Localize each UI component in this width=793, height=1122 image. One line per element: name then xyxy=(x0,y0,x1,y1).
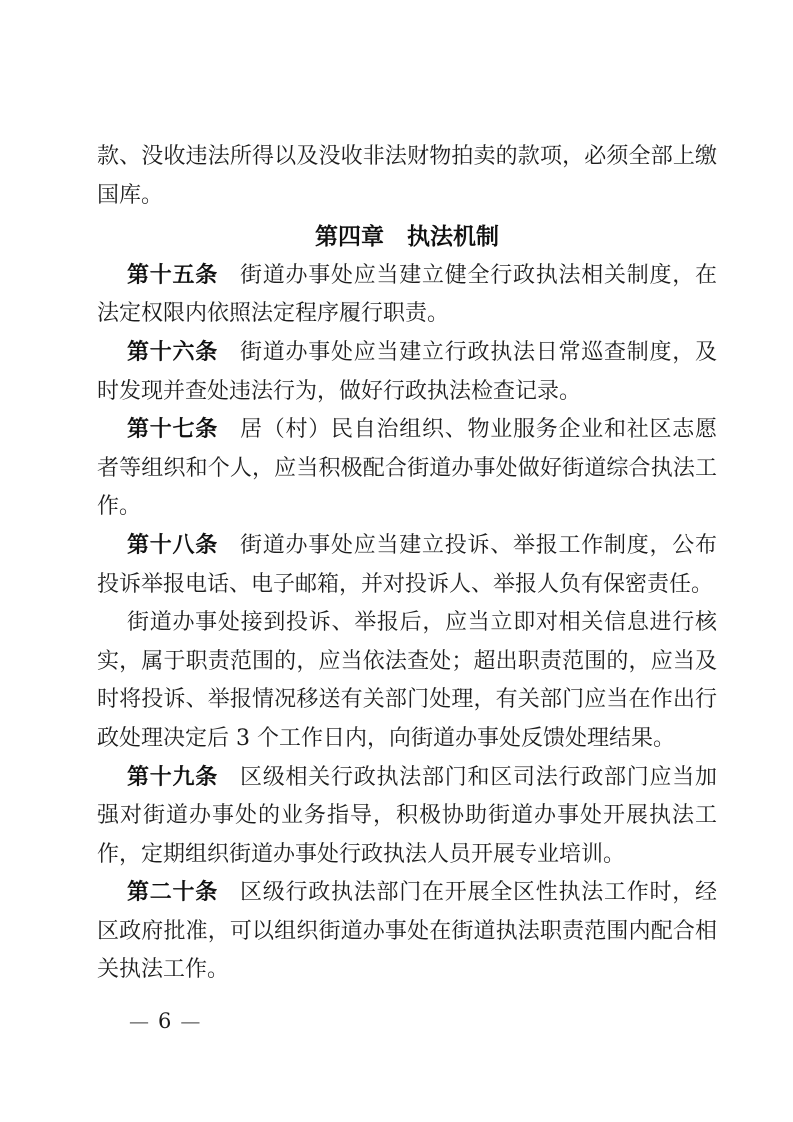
article-16-paragraph: 第十六条街道办事处应当建立行政执法日常巡查制度，及时发现并查处违法行为，做好行政… xyxy=(97,334,717,411)
document-body: 款、没收违法所得以及没收非法财物拍卖的款项，必须全部上缴国库。 第四章 执法机制… xyxy=(97,138,717,990)
footer-left-dash: — xyxy=(129,1006,149,1036)
article-17-paragraph: 第十七条居（村）民自治组织、物业服务企业和社区志愿者等组织和个人，应当积极配合街… xyxy=(97,411,717,527)
article-18-paragraph: 第十八条街道办事处应当建立投诉、举报工作制度，公布投诉举报电话、电子邮箱，并对投… xyxy=(97,527,717,604)
footer-right-dash: — xyxy=(180,1006,200,1036)
document-page: 款、没收违法所得以及没收非法财物拍卖的款项，必须全部上缴国库。 第四章 执法机制… xyxy=(0,0,793,1122)
article-19-number: 第十九条 xyxy=(127,765,218,790)
article-18-number: 第十八条 xyxy=(127,533,218,558)
page-number: 6 xyxy=(158,1006,171,1036)
article-15-paragraph: 第十五条街道办事处应当建立健全行政执法相关制度，在法定权限内依照法定程序履行职责… xyxy=(97,257,717,334)
article-19-paragraph: 第十九条区级相关行政执法部门和区司法行政部门应当加强对街道办事处的业务指导，积极… xyxy=(97,759,717,875)
article-15-number: 第十五条 xyxy=(127,263,218,288)
chapter-heading: 第四章 执法机制 xyxy=(97,218,717,257)
article-17-number: 第十七条 xyxy=(127,417,218,442)
article-18-continuation-paragraph: 街道办事处接到投诉、举报后，应当立即对相关信息进行核实，属于职责范围的，应当依法… xyxy=(97,604,717,758)
paragraph-continued-from-previous-page: 款、没收违法所得以及没收非法财物拍卖的款项，必须全部上缴国库。 xyxy=(97,138,717,215)
article-20-number: 第二十条 xyxy=(127,880,218,905)
page-footer: — 6 — xyxy=(129,1006,200,1036)
article-20-paragraph: 第二十条区级行政执法部门在开展全区性执法工作时，经区政府批准，可以组织街道办事处… xyxy=(97,874,717,990)
article-16-number: 第十六条 xyxy=(127,340,218,365)
